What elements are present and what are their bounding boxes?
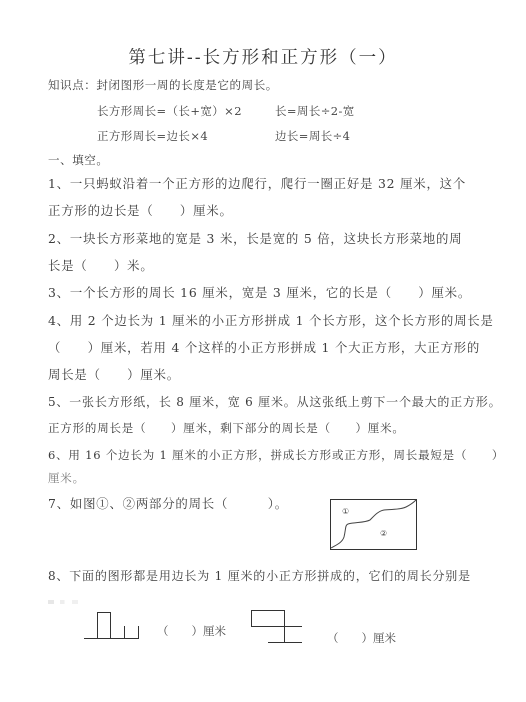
question-4-line-3: 周长是（ ）厘米。 <box>48 365 180 383</box>
worksheet-page: 第七讲--长方形和正方形（一） 知识点：封闭图形一周的长度是它的周长。 长方形周… <box>0 0 526 702</box>
question-1-line-1: 1、一只蚂蚁沿着一个正方形的边爬行，爬行一圈正好是 32 厘米，这个 <box>48 174 466 192</box>
question-6-line-2: 厘米。 <box>48 470 85 486</box>
question-7-line-1: 7、如图①、②两部分的周长（ ）。 <box>48 494 288 512</box>
section-heading: 一、填空。 <box>48 152 109 168</box>
question-8-answer-b[interactable]: （ ）厘米 <box>327 630 396 646</box>
question-8-line-1: 8、下面的图形都是用边长为 1 厘米的小正方形拼成的，它们的周长分别是 <box>48 567 471 584</box>
figure-label-1: ① <box>342 507 349 516</box>
page-title: 第七讲--长方形和正方形（一） <box>0 44 526 69</box>
question-8-figure-b <box>251 610 306 644</box>
question-4-line-1: 4、用 2 个边长为 1 厘米的小正方形拼成 1 个长方形，这个长方形的周长是 <box>48 311 494 329</box>
question-3-line-1: 3、一个长方形的周长 16 厘米，宽是 3 厘米，它的长是（ ）厘米。 <box>48 283 471 301</box>
formula-square-perimeter: 正方形周长=边长×4 <box>97 128 208 144</box>
formula-side: 边长=周长÷4 <box>275 128 350 144</box>
knowledge-label: 知识点： <box>48 78 96 92</box>
figure-label-2: ② <box>380 529 387 538</box>
formula-length: 长=周长÷2-宽 <box>275 103 355 119</box>
question-2-line-1: 2、一块长方形菜地的宽是 3 米，长是宽的 5 倍，这块长方形菜地的周 <box>48 229 462 247</box>
question-1-line-2: 正方形的边长是（ ）厘米。 <box>48 201 233 219</box>
question-8-figure-a <box>84 612 142 640</box>
question-8-answer-a[interactable]: （ ）厘米 <box>157 623 226 639</box>
formula-rect-perimeter: 长方形周长=（长+宽）×2 <box>97 103 242 119</box>
knowledge-text: 封闭图形一周的长度是它的周长。 <box>96 78 278 92</box>
question-6-line-1: 6、用 16 个边长为 1 厘米的小正方形，拼成长方形或正方形，周长最短是（ ） <box>48 447 504 463</box>
knowledge-point: 知识点：封闭图形一周的长度是它的周长。 <box>48 77 278 93</box>
faint-mark <box>48 600 78 604</box>
question-7-figure: ① ② <box>330 499 418 551</box>
question-5-line-2: 正方形的周长是（ ）厘米，剩下部分的周长是（ ）厘米。 <box>48 420 405 436</box>
question-2-line-2: 长是（ ）米。 <box>48 256 154 274</box>
question-5-line-1: 5、一张长方形纸，长 8 厘米，宽 6 厘米。从这张纸上剪下一个最大的正方形。 <box>48 393 501 410</box>
question-4-line-2: （ ）厘米，若用 4 个这样的小正方形拼成 1 个大正方形，大正方形的 <box>48 338 480 356</box>
